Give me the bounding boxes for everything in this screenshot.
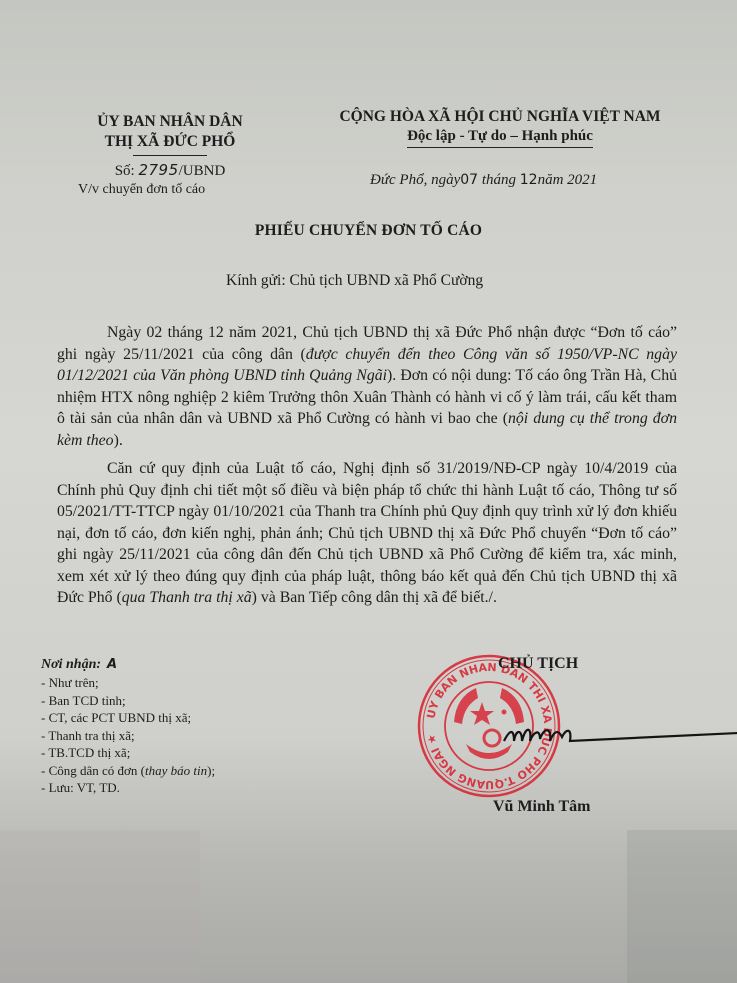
p2-text-1: Căn cứ quy định của Luật tố cáo, Nghị đị…: [57, 460, 677, 606]
year-text: năm 2021: [538, 172, 598, 188]
item-text: );: [207, 763, 215, 778]
handwritten-month: 12: [520, 172, 538, 188]
national-header-block: CỘNG HÒA XÃ HỘI CHỦ NGHĨA VIỆT NAM Độc l…: [300, 107, 700, 190]
recipient-item: - Công dân có đơn (thay báo tin);: [41, 762, 215, 780]
place-date-prefix: Đức Phổ, ngày: [370, 172, 460, 188]
body-paragraph-1: Ngày 02 tháng 12 năm 2021, Chủ tịch UBND…: [57, 322, 677, 451]
authority-name-line1: ỦY BAN NHÂN DÂN: [40, 112, 300, 132]
recipient-item: - Thanh tra thị xã;: [41, 727, 215, 745]
handwritten-number: 2795: [138, 161, 178, 179]
document-subject: V/v chuyển đơn tố cáo: [78, 181, 300, 199]
item-italic: thay báo tin: [145, 763, 207, 778]
recipient-item: - TB.TCD thị xã;: [41, 744, 215, 762]
recipient-item: - CT, các PCT UBND thị xã;: [41, 709, 215, 727]
recipients-label-text: Nơi nhận:: [41, 657, 101, 672]
background-shadow-right: [627, 830, 737, 983]
recipients-list: Nơi nhận:A - Như trên; - Ban TCD tỉnh; -…: [41, 655, 215, 797]
national-motto: Độc lập - Tự do – Hạnh phúc: [407, 127, 593, 148]
nation-name: CỘNG HÒA XÃ HỘI CHỦ NGHĨA VIỆT NAM: [300, 107, 700, 127]
month-label: tháng: [478, 172, 520, 188]
addressee-line: Kính gửi: Chủ tịch UBND xã Phổ Cường: [226, 272, 483, 290]
p2-text-2: ) và Ban Tiếp công dân thị xã để biết./.: [252, 589, 497, 606]
recipient-item: - Ban TCD tỉnh;: [41, 692, 215, 710]
item-text: - Công dân có đơn (: [41, 763, 145, 778]
authority-underline: [133, 155, 207, 156]
document-body: Ngày 02 tháng 12 năm 2021, Chủ tịch UBND…: [57, 322, 677, 616]
initial-signature-mark: A: [107, 657, 117, 672]
signer-title: CHỦ TỊCH: [498, 655, 578, 673]
handwritten-day: 07: [460, 172, 478, 188]
recipient-item: - Lưu: VT, TD.: [41, 779, 215, 797]
recipient-item: - Như trên;: [41, 674, 215, 692]
p1-text-3: ).: [114, 432, 123, 449]
signer-name: Vũ Minh Tâm: [493, 798, 591, 816]
document-title: PHIẾU CHUYỂN ĐƠN TỐ CÁO: [0, 222, 737, 240]
number-prefix: Số:: [115, 163, 139, 179]
body-paragraph-2: Căn cứ quy định của Luật tố cáo, Nghị đị…: [57, 458, 677, 609]
document-number: Số: 2795/UBND: [40, 160, 300, 181]
place-and-date: Đức Phổ, ngày07 tháng 12năm 2021: [370, 170, 700, 190]
background-shadow-left: [0, 830, 200, 983]
handwritten-signature-icon: [500, 715, 737, 755]
number-suffix: /UBND: [179, 163, 226, 179]
authority-name-line2: THỊ XÃ ĐỨC PHỔ: [40, 132, 300, 152]
issuing-authority-block: ỦY BAN NHÂN DÂN THỊ XÃ ĐỨC PHỔ Số: 2795/…: [40, 112, 300, 199]
recipients-label: Nơi nhận:A: [41, 655, 215, 674]
p2-italic-1: qua Thanh tra thị xã: [122, 589, 252, 606]
